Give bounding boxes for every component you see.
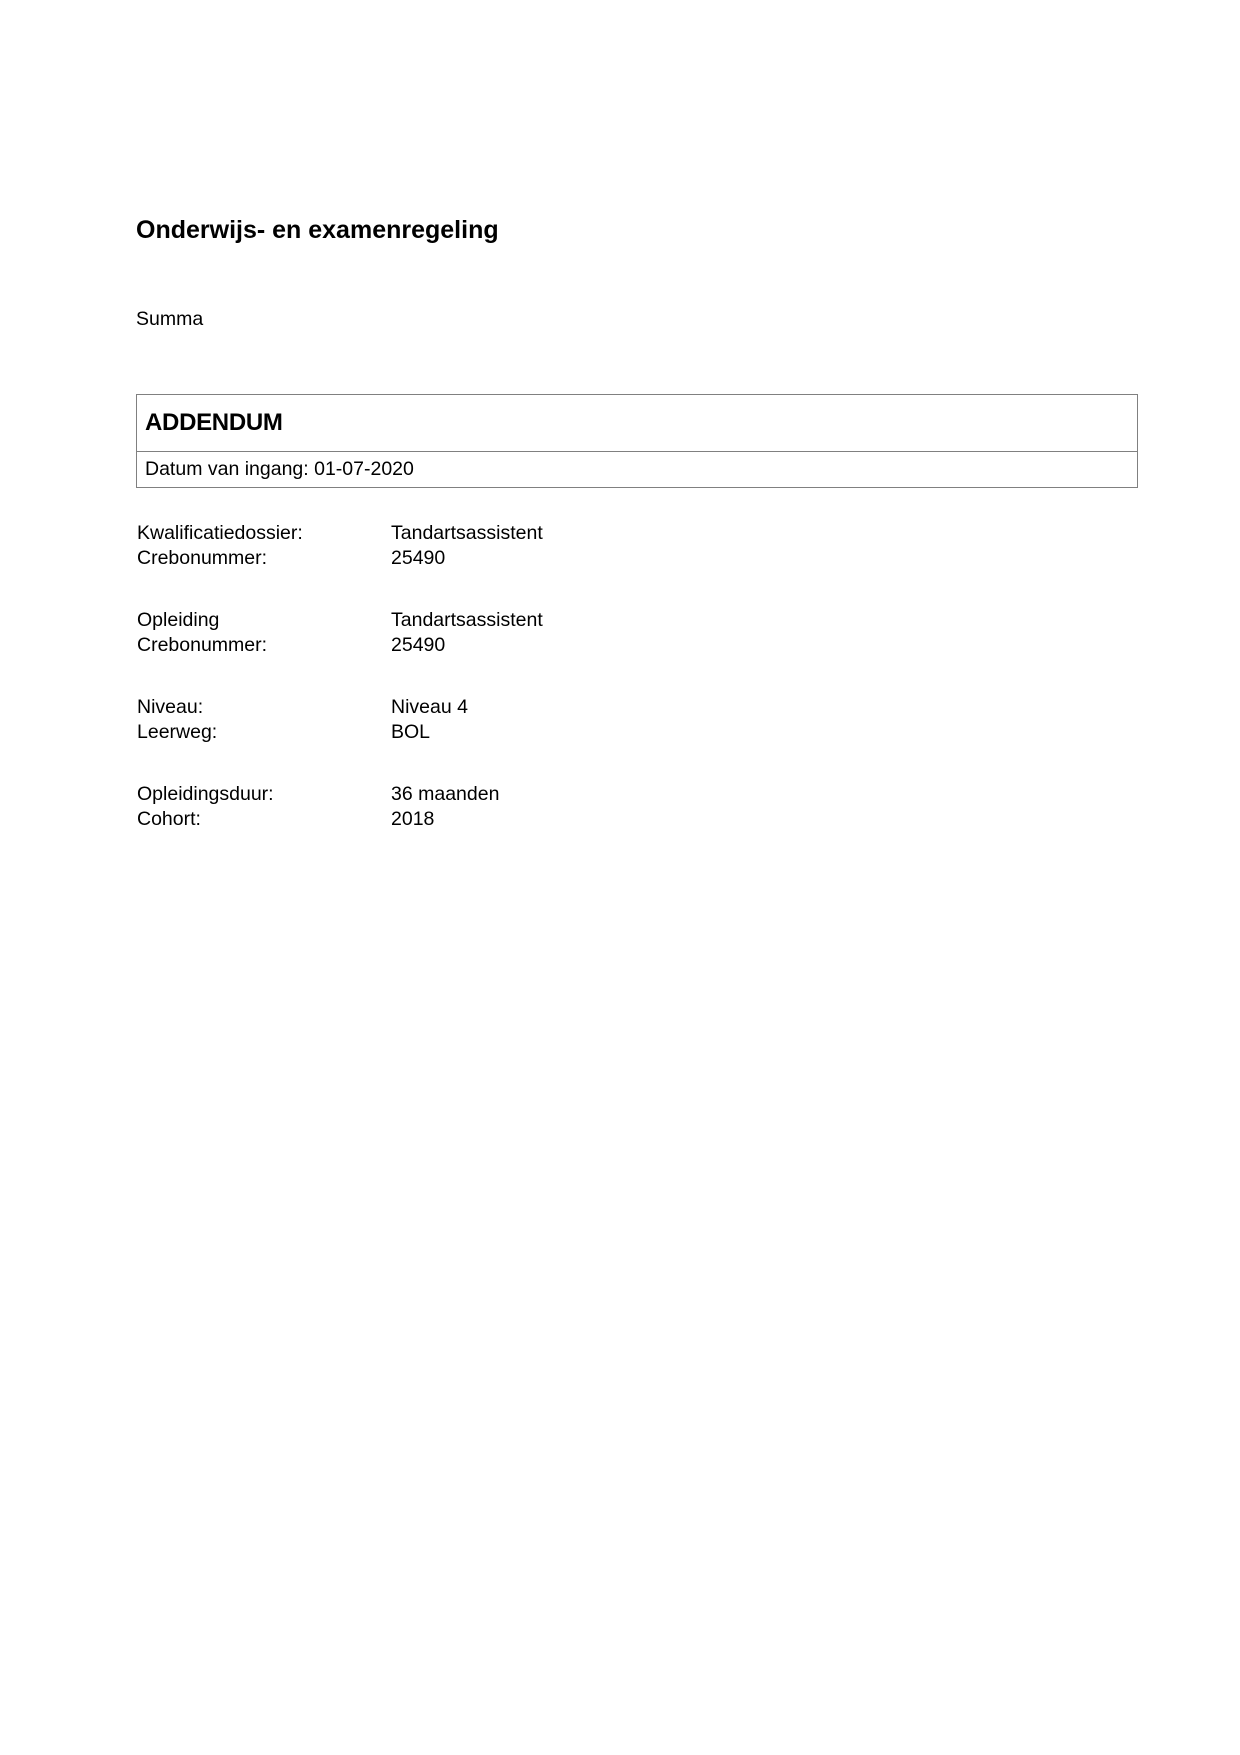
programme-info: Kwalificatiedossier: Tandartsassistent C…: [137, 521, 837, 869]
info-row: Niveau: Niveau 4: [137, 695, 837, 720]
info-label: Cohort:: [137, 807, 391, 832]
info-label: Crebonummer:: [137, 546, 391, 571]
info-label: Opleidingsduur:: [137, 782, 391, 807]
info-value: 25490: [391, 546, 837, 571]
addendum-heading: ADDENDUM: [145, 408, 283, 438]
info-row: Opleiding Tandartsassistent: [137, 608, 837, 633]
addendum-box: ADDENDUM Datum van ingang: 01-07-2020: [136, 394, 1138, 488]
info-value: 36 maanden: [391, 782, 837, 807]
info-group-level: Niveau: Niveau 4 Leerweg: BOL: [137, 695, 837, 745]
info-row: Opleidingsduur: 36 maanden: [137, 782, 837, 807]
info-value: Niveau 4: [391, 695, 837, 720]
info-label: Kwalificatiedossier:: [137, 521, 391, 546]
organization-name: Summa: [136, 306, 203, 332]
info-row: Crebonummer: 25490: [137, 546, 837, 571]
info-value: Tandartsassistent: [391, 521, 837, 546]
info-label: Leerweg:: [137, 720, 391, 745]
info-value: Tandartsassistent: [391, 608, 837, 633]
addendum-date-cell: Datum van ingang: 01-07-2020: [137, 452, 1137, 487]
document-title: Onderwijs- en examenregeling: [136, 214, 499, 246]
info-group-programme: Opleiding Tandartsassistent Crebonummer:…: [137, 608, 837, 658]
info-value: 2018: [391, 807, 837, 832]
document-page: Onderwijs- en examenregeling Summa ADDEN…: [0, 0, 1240, 1755]
info-label: Niveau:: [137, 695, 391, 720]
info-row: Kwalificatiedossier: Tandartsassistent: [137, 521, 837, 546]
info-row: Cohort: 2018: [137, 807, 837, 832]
info-value: 25490: [391, 633, 837, 658]
effective-date: Datum van ingang: 01-07-2020: [145, 458, 414, 481]
addendum-header-cell: ADDENDUM: [137, 395, 1137, 452]
info-label: Opleiding: [137, 608, 391, 633]
info-label: Crebonummer:: [137, 633, 391, 658]
info-group-qualification: Kwalificatiedossier: Tandartsassistent C…: [137, 521, 837, 571]
info-row: Leerweg: BOL: [137, 720, 837, 745]
info-value: BOL: [391, 720, 837, 745]
info-row: Crebonummer: 25490: [137, 633, 837, 658]
info-group-duration: Opleidingsduur: 36 maanden Cohort: 2018: [137, 782, 837, 832]
